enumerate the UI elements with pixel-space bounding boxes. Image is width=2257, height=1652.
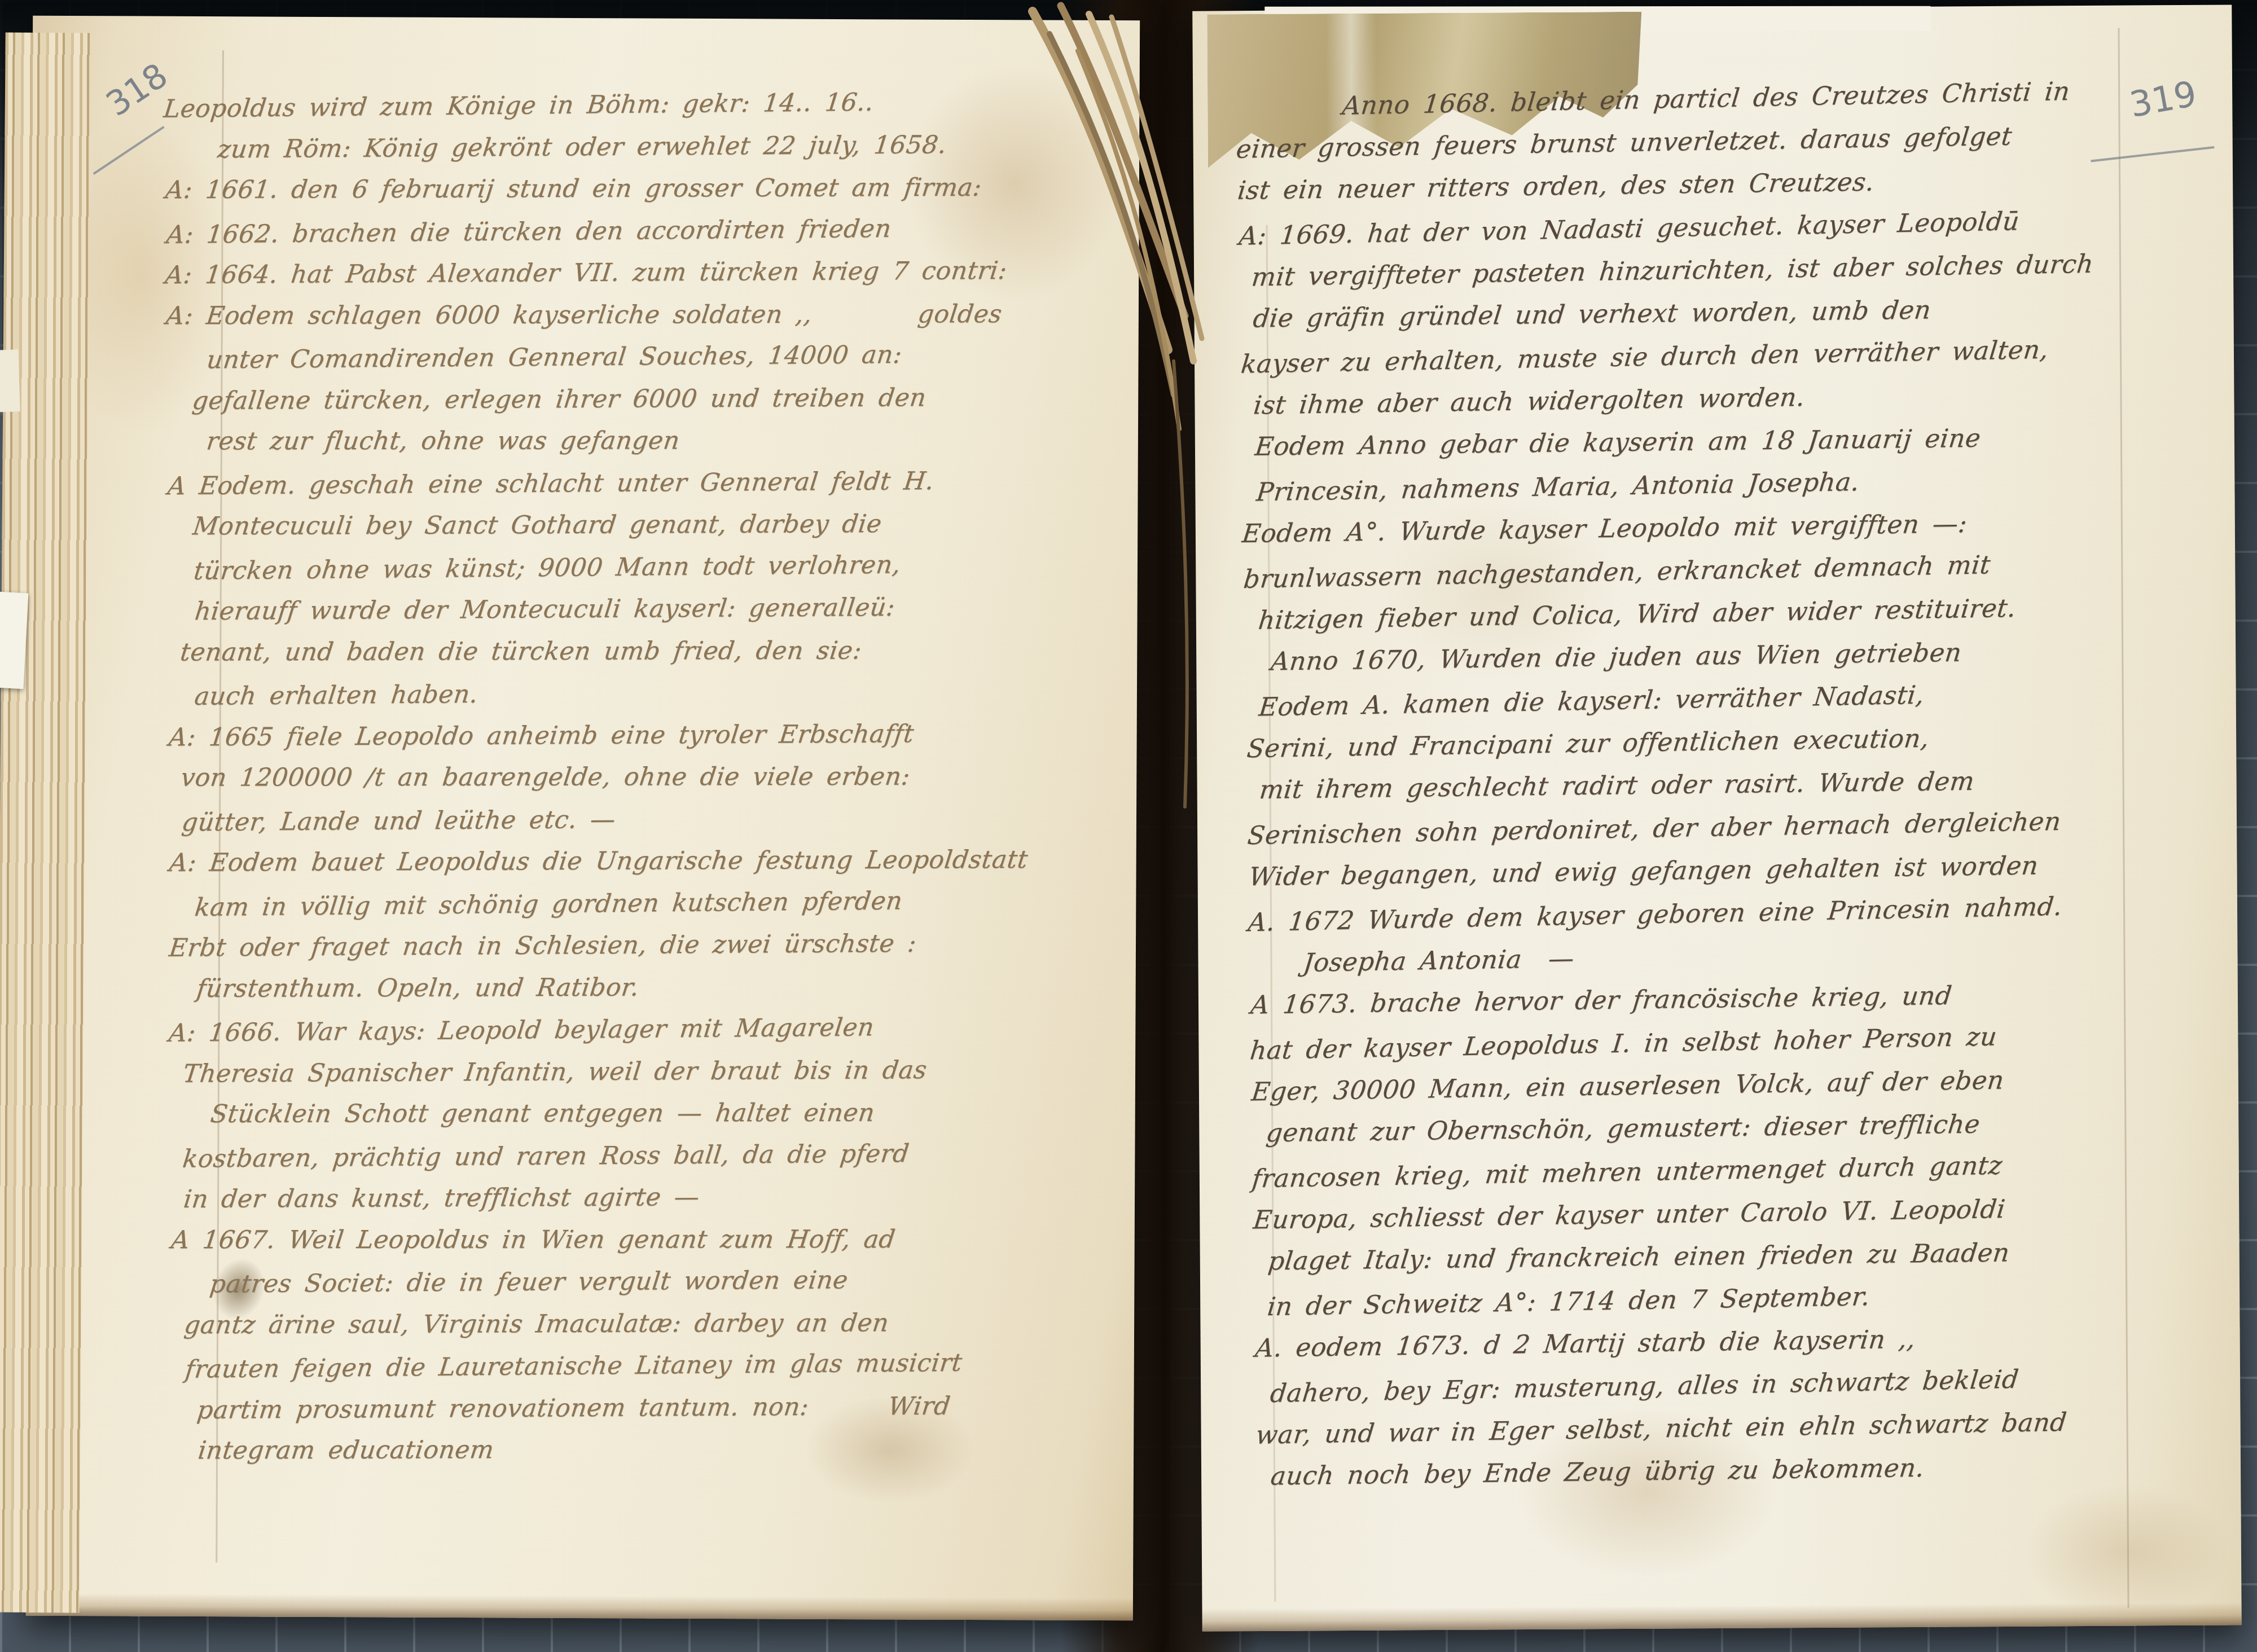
manuscript-line: partim prosumunt renovationem tantum. no… bbox=[168, 1384, 1132, 1431]
right-page-text: Anno 1668. bleibt ein particl des Creutz… bbox=[1236, 69, 2251, 1499]
manuscript-line: zum Röm: König gekrönt oder erwehlet 22 … bbox=[162, 123, 1126, 171]
right-page: 319 Anno 1668. bleibt ein particl des Cr… bbox=[1192, 5, 2242, 1631]
manuscript-line: Theresia Spanischer Infantin, weil der b… bbox=[168, 1048, 1132, 1095]
manuscript-line: A: 1666. War kays: Leopold beylager mit … bbox=[166, 1004, 1130, 1055]
manuscript-line: rest zur flucht, ohne was gefangen bbox=[164, 419, 1128, 463]
manuscript-line: integram educationem bbox=[169, 1428, 1134, 1472]
manuscript-line: auch erhalten haben. bbox=[165, 669, 1129, 718]
manuscript-line: A: 1664. hat Pabst Alexander VII. zum tü… bbox=[163, 249, 1127, 297]
manuscript-line: gefallene türcken, erlegen ihrer 6000 un… bbox=[164, 376, 1128, 422]
manuscript-line: gütter, Lande und leüthe etc. — bbox=[166, 795, 1131, 844]
manuscript-line: A: 1665 fiele Leopoldo anheimb eine tyro… bbox=[166, 712, 1131, 759]
paper-slip bbox=[0, 349, 20, 412]
manuscript-line: Leopoldus wird zum Könige in Böhm: gekr:… bbox=[161, 79, 1125, 130]
manuscript-line: A: Eodem bauet Leopoldus die Ungarische … bbox=[167, 838, 1131, 884]
left-page-number-underline bbox=[93, 126, 165, 175]
binding-threads-icon bbox=[999, 0, 1270, 846]
manuscript-line: tenant, und baden die türcken umb fried,… bbox=[165, 629, 1129, 674]
manuscript-line: fürstenthum. Opeln, und Ratibor. bbox=[168, 965, 1132, 1010]
manuscript-line: A: 1662. brachen die türcken den accordi… bbox=[164, 206, 1128, 256]
manuscript-line: in der dans kunst, trefflichst agirte — bbox=[168, 1175, 1132, 1221]
manuscript-line: hierauff wurde der Montecuculi kayserl: … bbox=[166, 586, 1130, 633]
manuscript-line: Erbt oder fraget nach in Schlesien, die … bbox=[167, 921, 1131, 969]
paper-slip bbox=[0, 592, 28, 689]
manuscript-line: Stücklein Schott genant entgegen — halte… bbox=[168, 1092, 1132, 1136]
manuscript-line: A Eodem. geschah eine schlacht unter Gen… bbox=[165, 459, 1130, 507]
left-page-text: Leopoldus wird zum Könige in Böhm: gekr:… bbox=[165, 81, 1131, 1473]
manuscript-line: unter Comandirenden Genneral Souches, 14… bbox=[165, 332, 1129, 382]
manuscript-line: A 1667. Weil Leopoldus in Wien genant zu… bbox=[169, 1218, 1133, 1261]
manuscript-line: kam in völlig mit schönig gordnen kutsch… bbox=[166, 878, 1130, 929]
manuscript-line: kostbaren, prächtig und raren Ross ball,… bbox=[167, 1131, 1131, 1180]
manuscript-line: frauten feigen die Lauretanische Litaney… bbox=[170, 1341, 1134, 1391]
manuscript-line: A: Eodem schlagen 6000 kayserliche solda… bbox=[164, 293, 1128, 337]
manuscript-line: A: 1661. den 6 februarij stund ein gross… bbox=[163, 166, 1127, 212]
manuscript-line: von 1200000 /t an baarengelde, ohne die … bbox=[165, 755, 1130, 799]
manuscript-line: gantz ärine saul, Virginis Imaculatæ: da… bbox=[169, 1301, 1133, 1346]
manuscript-line: türcken ohne was künst; 9000 Mann todt v… bbox=[165, 542, 1128, 592]
page-edge-stack bbox=[0, 33, 90, 1613]
manuscript-line: Montecuculi bey Sanct Gothard genant, da… bbox=[164, 503, 1128, 548]
left-page: 318 Leopoldus wird zum Könige in Böhm: g… bbox=[26, 16, 1140, 1621]
manuscript-photo: 318 Leopoldus wird zum Könige in Böhm: g… bbox=[0, 0, 2257, 1652]
manuscript-line: patres Societ: die in feuer vergult word… bbox=[168, 1258, 1132, 1306]
